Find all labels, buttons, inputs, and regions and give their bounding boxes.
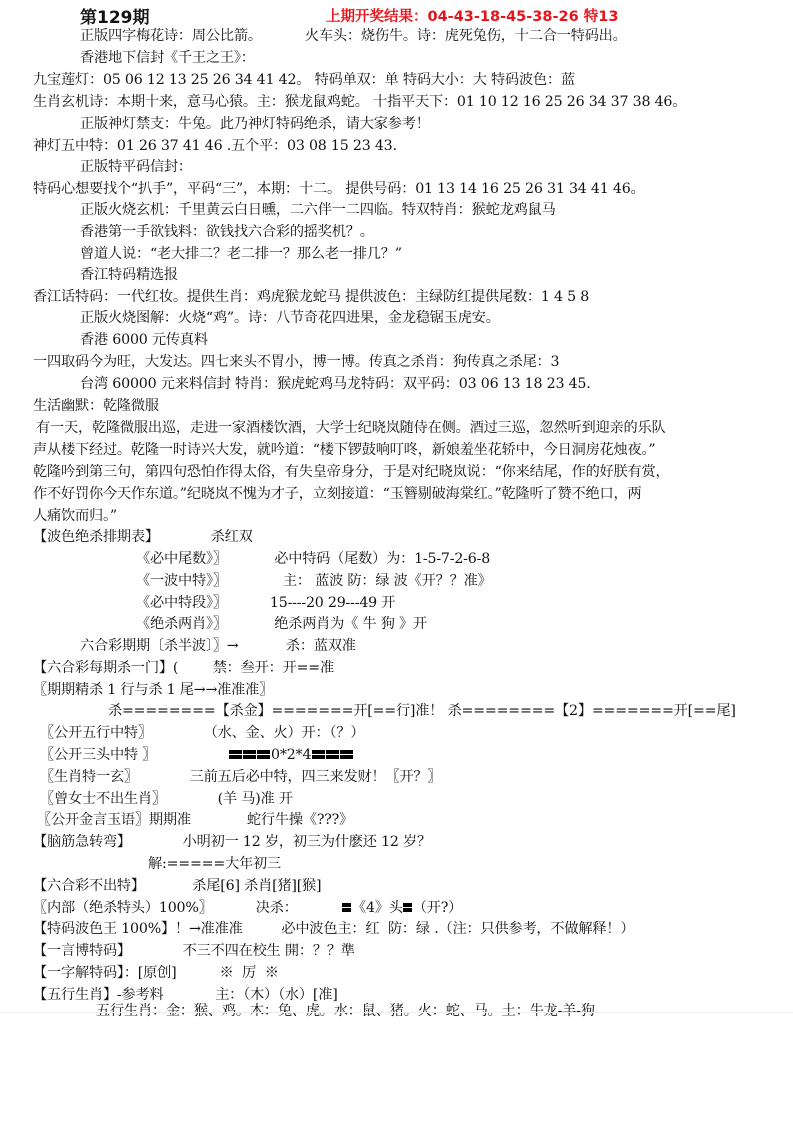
text-line: 生肖玄机诗：本期十来，意马心猿。主：猴龙鼠鸡蛇。 十指平天下：01 10 12 … xyxy=(33,92,686,112)
text-line: 《必中尾数》〗 必中特码（尾数）为：1-5-7-2-6-8 xyxy=(136,549,490,569)
text-line: 人痛饮而归。” xyxy=(33,506,117,526)
text-line: 一四取码今为旺，大发达。四七来头不胃小，博一博。传真之杀肖：狗传真之杀尾：3 xyxy=(33,352,559,372)
last-result-special: 特13 xyxy=(584,9,619,25)
text-line: 〖期期精杀 1 行与杀 1 尾→→准准准〗 xyxy=(33,680,273,700)
block-icon xyxy=(243,750,256,754)
block-icon xyxy=(340,750,353,754)
page-bottom-divider xyxy=(0,1012,793,1013)
text-line: 【波色绝杀排期表】 杀红双 xyxy=(33,527,253,547)
text-line: 五行生肖：金：猴、鸡。木：兔、虎。水：鼠、猪。火：蛇、马。土：牛龙-羊-狗 xyxy=(96,1001,595,1021)
text-line: 特码心想要找个“扒手”，平码“三”，本期：十二。 提供号码：01 13 14 1… xyxy=(33,179,645,199)
text-line: 生活幽默：乾隆微服 xyxy=(33,396,159,416)
text-line: 香港 6000 元传真料 xyxy=(80,330,208,350)
text-line: 正版特平码信封： xyxy=(80,157,192,177)
text-line: 杀========【杀金】=======开[==行]准！ 杀========【2… xyxy=(108,701,736,721)
san-tou-text: 0*2*4 xyxy=(271,747,311,763)
last-result: 上期开奖结果：04-43-18-45-38-26 特13 xyxy=(326,5,618,26)
text-line: 【一言博特码】 不三不四在校生 開：？？準 xyxy=(33,941,355,961)
text-line: 正版火烧图解：火烧“鸡”。诗：八节奇花四进果，金龙稳锯玉虎安。 xyxy=(80,308,500,328)
text-line: 【六合彩不出特】 杀尾[6] 杀肖[猪][猴] xyxy=(33,876,321,896)
last-result-label: 上期开奖结果： xyxy=(326,9,428,25)
text-line: 九宝莲灯：05 06 12 13 25 26 34 41 42。 特码单双：单 … xyxy=(33,70,575,90)
text-line: 神灯五中特：01 26 37 41 46 .五个平：03 08 15 23 43… xyxy=(33,136,397,156)
text-line: 香港地下信封《千王之王》： xyxy=(80,48,255,68)
text-line: 声从楼下经过。乾隆一时诗兴大发，就吟道：“楼下锣鼓响叮咚，新娘羞坐花轿中，今日洞… xyxy=(33,440,655,460)
text-line: 乾隆吟到第三句，第四句恐怕作得太俗，有失皇帝身分，于是对纪晓岚说：“你来结尾，作… xyxy=(33,462,670,482)
jue-sha-code: 《4》头（开?） xyxy=(342,898,462,918)
block-icon xyxy=(403,903,412,907)
text-line: 香江特码精选报 xyxy=(80,265,178,285)
block-icon xyxy=(257,750,270,754)
block-icon xyxy=(326,750,339,754)
block-icon xyxy=(342,903,351,907)
text-line: 【特码波色王 100%】！→准准准 必中波色主：红 防：绿 .（注：只供参考，不… xyxy=(33,919,634,939)
text-line: 正版火烧玄机：千里黄云白日曛，二六伴一二四临。特双特肖：猴蛇龙鸡鼠马 xyxy=(80,200,556,220)
text-line: 〖公开金言玉语〗期期准 蛇行牛操《???》 xyxy=(37,810,353,830)
text-line: 香港第一手欲钱料：欲钱找六合彩的摇奖机？。 xyxy=(80,222,374,242)
block-icon xyxy=(312,750,325,754)
text-line: 正版神灯禁支：牛兔。此乃神灯特码绝杀，请大家参考！ xyxy=(80,114,430,134)
text-line: 正版四字梅花诗：周公比箭。 火车头：烧伤牛。诗：虎死兔伤，十二合一特码出。 xyxy=(80,26,627,46)
text-line: 有一天，乾隆微服出巡，走进一家酒楼饮酒，大学士纪晓岚随侍在侧。酒过三巡，忽然听到… xyxy=(36,418,665,438)
document-page: 第129期 上期开奖结果：04-43-18-45-38-26 特13 正版四字梅… xyxy=(0,0,793,1122)
text-line: 【一字解特码】：[原创] ※ 厉 ※ xyxy=(33,963,279,983)
last-result-numbers: 04-43-18-45-38-26 xyxy=(428,9,579,25)
text-line: 作不好罚你今天作东道。”纪晓岚不愧为才子，立刻接道：“玉簪剔破海棠红。”乾隆听了… xyxy=(33,484,641,504)
text-line: 曾道人说：“老大排二？老二排一？那么老一排几？” xyxy=(80,244,402,264)
text-line: 〖内部（绝杀特头）100%〗 决杀： xyxy=(33,898,298,918)
text-line: 〖曾女士不出生肖〗 (羊 马)准 开 xyxy=(40,789,293,809)
text-line: 解:=====大年初三 xyxy=(148,854,281,874)
san-tou-code: 0*2*4 xyxy=(229,745,354,765)
text-line: 台湾 60000 元来料信封 特肖：猴虎蛇鸡马龙特码：双平码：03 06 13 … xyxy=(80,374,591,394)
jue-sha-tail: （开?） xyxy=(413,900,462,916)
issue-title: 第129期 xyxy=(80,3,150,28)
jue-sha-mid: 《4》头 xyxy=(352,900,403,916)
text-line: 【六合彩每期杀一门】( 禁：叁开：开==准 xyxy=(33,658,334,678)
text-line: 《必中特段》〗 15----20 29---49 开 xyxy=(136,593,395,613)
text-line: 香江话特码：一代红妆。提供生肖：鸡虎猴龙蛇马 提供波色：主绿防红提供尾数：1 4… xyxy=(33,287,589,307)
text-line: 《绝杀两肖》〗 绝杀两肖为《 牛 狗 》开 xyxy=(136,614,427,634)
text-line: 【脑筋急转弯】 小明初一 12 岁，初三为什麽还 12 岁？ xyxy=(33,832,431,852)
block-icon xyxy=(229,750,242,754)
text-line: 《一波中特》〗 主： 蓝波 防：绿 波《开？？准》 xyxy=(136,571,492,591)
text-line: 〖公开五行中特〗 （水、金、火）开：（？） xyxy=(40,723,364,743)
text-line: 〖生肖特一玄〗 三前五后必中特，四三来发财！〖开？〗 xyxy=(40,767,441,787)
text-line: 六合彩期期〔杀半波〕〗→ 杀：蓝双准 xyxy=(80,636,356,656)
text-line: 〖公开三头中特 〗 xyxy=(40,745,156,765)
